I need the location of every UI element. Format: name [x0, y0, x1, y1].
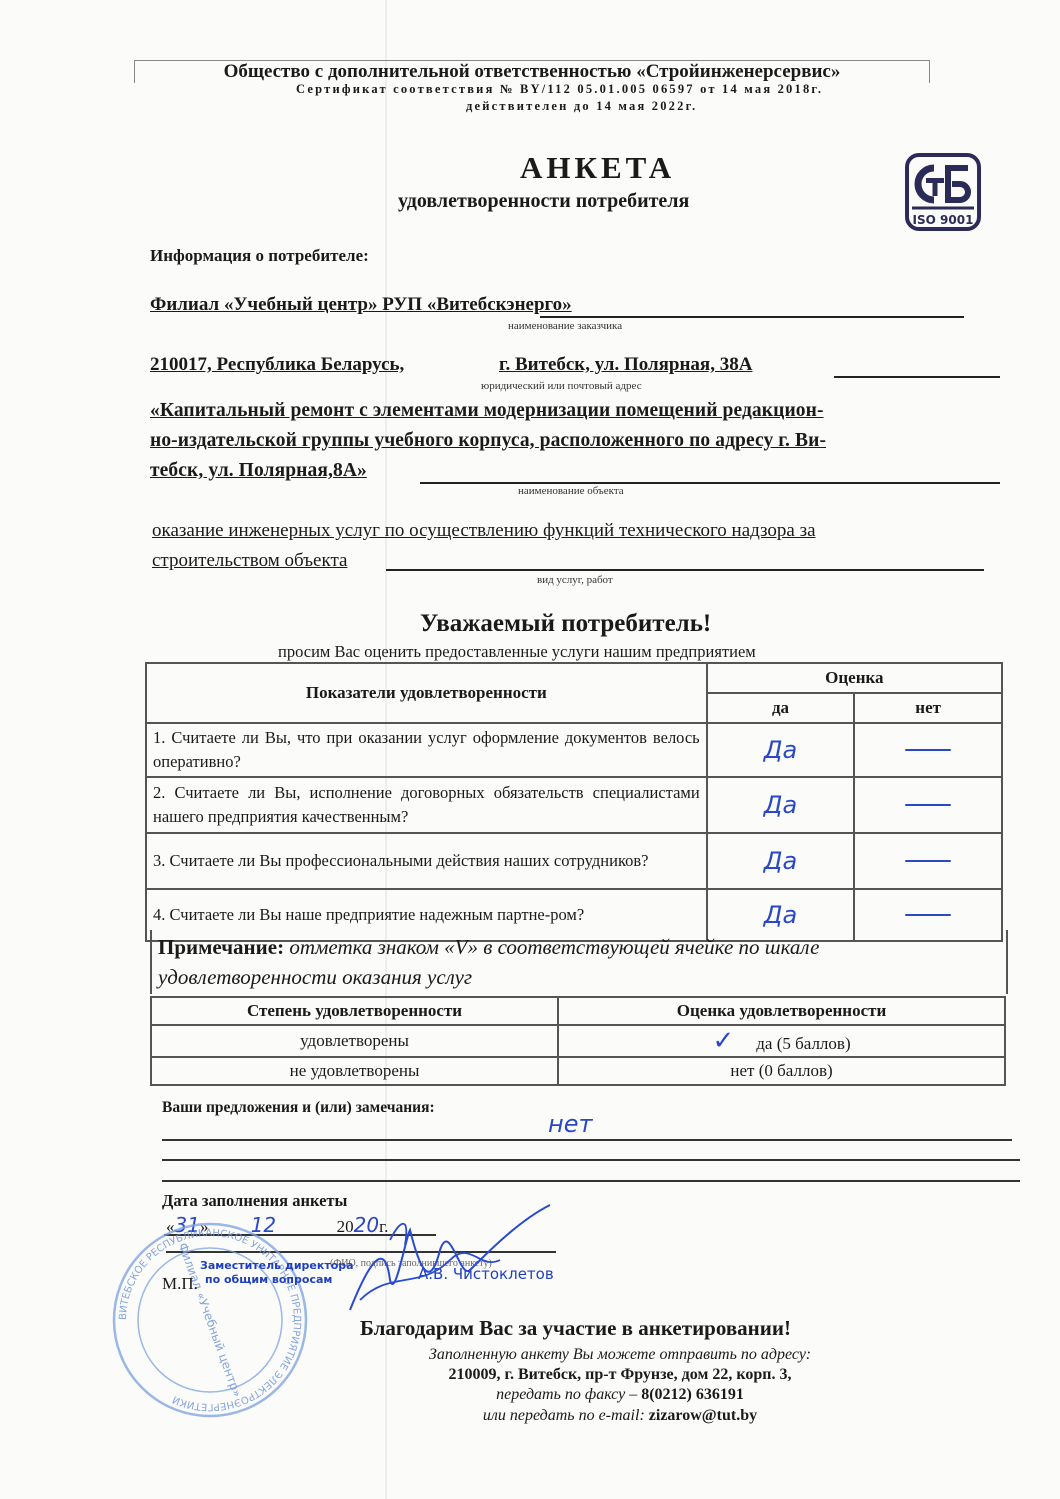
- address-part1: 210017, Республика Беларусь,: [150, 354, 404, 376]
- score-not-satisfied[interactable]: нет (0 баллов): [558, 1057, 1005, 1085]
- question-3: 3. Считаете ли Вы профессиональными дейс…: [146, 833, 707, 889]
- customer-underline: [540, 316, 964, 318]
- dash-mark: [905, 749, 951, 751]
- certificate-validity: действителен до 14 мая 2022г.: [466, 99, 697, 114]
- customer-name: Филиал «Учебный центр» РУП «Витебскэнерг…: [150, 294, 572, 316]
- mp-label: М.П.: [162, 1274, 198, 1294]
- service-line-1: оказание инженерных услуг по осуществлен…: [152, 520, 816, 542]
- suggestions-line-2[interactable]: [162, 1159, 1020, 1161]
- svg-text:ISO 9001: ISO 9001: [913, 213, 974, 227]
- degree-satisfied: удовлетворены: [151, 1025, 558, 1057]
- col-indicators: Показатели удовлетворенности: [146, 663, 707, 723]
- object-line-1: «Капитальный ремонт с элементами модерни…: [150, 400, 824, 422]
- send-note: Заполненную анкету Вы можете отправить п…: [340, 1346, 900, 1364]
- answer-yes-2[interactable]: Да: [707, 777, 855, 833]
- service-line-2: строительством объекта: [152, 550, 347, 572]
- certificate-line: Сертификат соответствия № BY/112 05.01.0…: [296, 82, 916, 97]
- consumer-info-label: Информация о потребителе:: [150, 246, 369, 266]
- table-row: 1. Считаете ли Вы, что при оказании услу…: [146, 723, 1002, 777]
- thanks-text: Благодарим Вас за участие в анкетировани…: [360, 1316, 791, 1341]
- col-score: Оценка удовлетворенности: [558, 997, 1005, 1025]
- answer-yes-1[interactable]: Да: [707, 723, 855, 777]
- question-1: 1. Считаете ли Вы, что при оказании услу…: [146, 723, 707, 777]
- col-degree: Степень удовлетворенности: [151, 997, 558, 1025]
- answer-no-3[interactable]: [854, 833, 1002, 889]
- note-label: Примечание:: [158, 935, 284, 959]
- request-text: просим Вас оценить предоставленные услуг…: [278, 642, 756, 662]
- check-icon: ✓: [712, 1026, 734, 1056]
- table-row: удовлетворены ✓да (5 баллов): [151, 1025, 1005, 1057]
- dash-mark: [905, 860, 951, 862]
- scale-table: Степень удовлетворенности Оценка удовлет…: [150, 996, 1006, 1086]
- company-header: Общество с дополнительной ответственност…: [134, 60, 930, 83]
- col-yes: да: [707, 693, 855, 723]
- round-seal: ВИТЕБСКОЕ РЕСПУБЛИКАНСКОЕ УНИТАРНОЕ ПРЕД…: [110, 1220, 310, 1420]
- degree-not-satisfied: не удовлетворены: [151, 1057, 558, 1085]
- stb-iso-logo: ISO 9001: [904, 152, 982, 232]
- answer-no-1[interactable]: [854, 723, 1002, 777]
- service-caption: вид услуг, работ: [537, 574, 613, 586]
- address-underline: [834, 376, 1000, 378]
- email-link[interactable]: zizarow@tut.by: [649, 1407, 757, 1424]
- greeting: Уважаемый потребитель!: [420, 610, 711, 638]
- note: Примечание: отметка знаком «V» в соответ…: [158, 932, 998, 992]
- date-label: Дата заполнения анкеты: [162, 1191, 347, 1211]
- service-underline: [386, 569, 984, 571]
- footer-fax: передать по факсу – 8(0212) 636191: [340, 1386, 900, 1404]
- object-underline: [420, 482, 1000, 484]
- object-line-3: тебск, ул. Полярная,8А»: [150, 460, 367, 482]
- fax-number: 8(0212) 636191: [641, 1386, 744, 1403]
- page-subtitle: удовлетворенности потребителя: [398, 190, 689, 213]
- table-row: не удовлетворены нет (0 баллов): [151, 1057, 1005, 1085]
- suggestions-handwritten[interactable]: нет: [548, 1110, 592, 1138]
- answer-yes-3[interactable]: Да: [707, 833, 855, 889]
- signature-scribble: [330, 1200, 560, 1320]
- address-caption: юридический или почтовый адрес: [481, 380, 642, 392]
- customer-caption: наименование заказчика: [508, 320, 622, 332]
- score-satisfied[interactable]: ✓да (5 баллов): [558, 1025, 1005, 1057]
- suggestions-line-3[interactable]: [162, 1180, 1020, 1182]
- dash-mark: [905, 914, 951, 916]
- object-line-2: но-издательской группы учебного корпуса,…: [150, 430, 826, 452]
- suggestions-line-1[interactable]: [162, 1139, 1012, 1141]
- footer-address: 210009, г. Витебск, пр-т Фрунзе, дом 22,…: [340, 1366, 900, 1384]
- table-row: 2. Считаете ли Вы, исполнение договорных…: [146, 777, 1002, 833]
- answer-no-2[interactable]: [854, 777, 1002, 833]
- stamp-position2: по общим вопросам: [205, 1273, 332, 1286]
- dash-mark: [905, 804, 951, 806]
- table-row: 3. Считаете ли Вы профессиональными дейс…: [146, 833, 1002, 889]
- question-2: 2. Считаете ли Вы, исполнение договорных…: [146, 777, 707, 833]
- company-name: Общество с дополнительной ответственност…: [224, 61, 841, 82]
- page-title: АНКЕТА: [520, 150, 675, 186]
- score-label: да (5 баллов): [756, 1034, 850, 1053]
- col-rating: Оценка: [707, 663, 1002, 693]
- survey-table: Показатели удовлетворенности Оценка да н…: [145, 662, 1003, 942]
- col-no: нет: [854, 693, 1002, 723]
- address-part2: г. Витебск, ул. Полярная, 38А: [499, 354, 752, 376]
- footer-email: или передать по e-mail: zizarow@tut.by: [340, 1407, 900, 1425]
- object-caption: наименование объекта: [518, 485, 624, 497]
- suggestions-label: Ваши предложения и (или) замечания:: [162, 1099, 435, 1117]
